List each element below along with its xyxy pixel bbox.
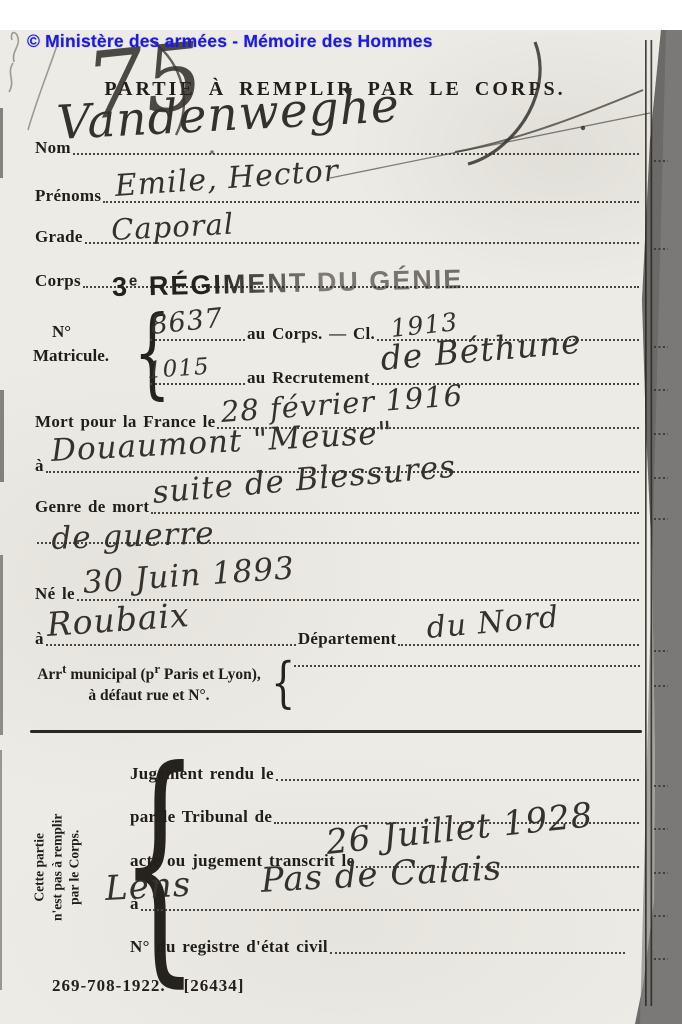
lieu-mort-label: à [35,456,44,476]
departement-label: Département [298,629,397,649]
stamp-number: 3 [112,272,130,302]
grade-value: Caporal [110,210,234,245]
registre-label: N° du registre d'état civil [130,937,328,957]
sidebar-note-line: Cette partie [32,833,47,902]
arrondissement-label: Arrt municipal (pr Paris et Lyon), à déf… [33,660,265,707]
arr-label-part: Paris et Lyon), [160,666,261,683]
jugement-label: Jugement rendu le [130,764,274,784]
dotted-line [276,778,639,781]
arr-label-part: Arr [37,666,62,683]
dotted-line [46,643,296,646]
matricule-corps-value: 8637 [149,305,224,339]
arr-label-line2: à défaut rue et N°. [88,687,209,704]
corps-label: Corps [35,271,81,291]
dotted-line [330,951,625,954]
reference-number: 269-708-1922. [52,976,166,996]
genre-mort-label: Genre de mort [35,497,149,517]
au-corps-label: au Corps. — Cl. [247,324,375,344]
matricule-name-label: Matricule. [33,346,109,366]
dotted-line [141,908,639,911]
form-reference: 269-708-1922. [26434] [52,976,244,996]
document-scan-page: © Ministère des armées - Mémoire des Hom… [0,0,682,1024]
dotted-line [103,200,639,203]
matricule-recrutement-value: 1015 [146,356,210,383]
matricule-no-label: N° [52,322,71,342]
copyright-watermark: © Ministère des armées - Mémoire des Hom… [27,31,433,52]
sidebar-note: Cette partie n'est pas à remplir par le … [31,757,84,977]
naissance-label: Né le [35,584,75,604]
dotted-line [73,152,639,155]
dotted-line [151,511,639,514]
bracket-number: [26434] [184,976,245,996]
field-genre-mort: Genre de mort [35,497,641,517]
stamp-text: RÉGIMENT DU GÉNIE [139,264,464,301]
lieu-naissance-value: Roubaix [46,598,191,641]
sidebar-note-line: n'est pas à remplir [49,814,64,921]
dotted-line [294,664,640,667]
tribunal-label: par le Tribunal de [130,807,272,827]
lieu-commune: Lens [104,865,192,909]
prenoms-label: Prénoms [35,186,101,206]
field-registre: N° du registre d'état civil [130,937,627,957]
field-arrondissement [292,664,642,670]
lieu-naissance-label: à [35,629,44,649]
sidebar-note-line: par le Corps. [67,830,82,905]
field-jugement: Jugement rendu le [130,764,641,784]
grade-label: Grade [35,227,83,247]
arr-label-part: municipal (p [66,666,154,683]
genre-mort-cont-value: de guerre [51,518,215,555]
